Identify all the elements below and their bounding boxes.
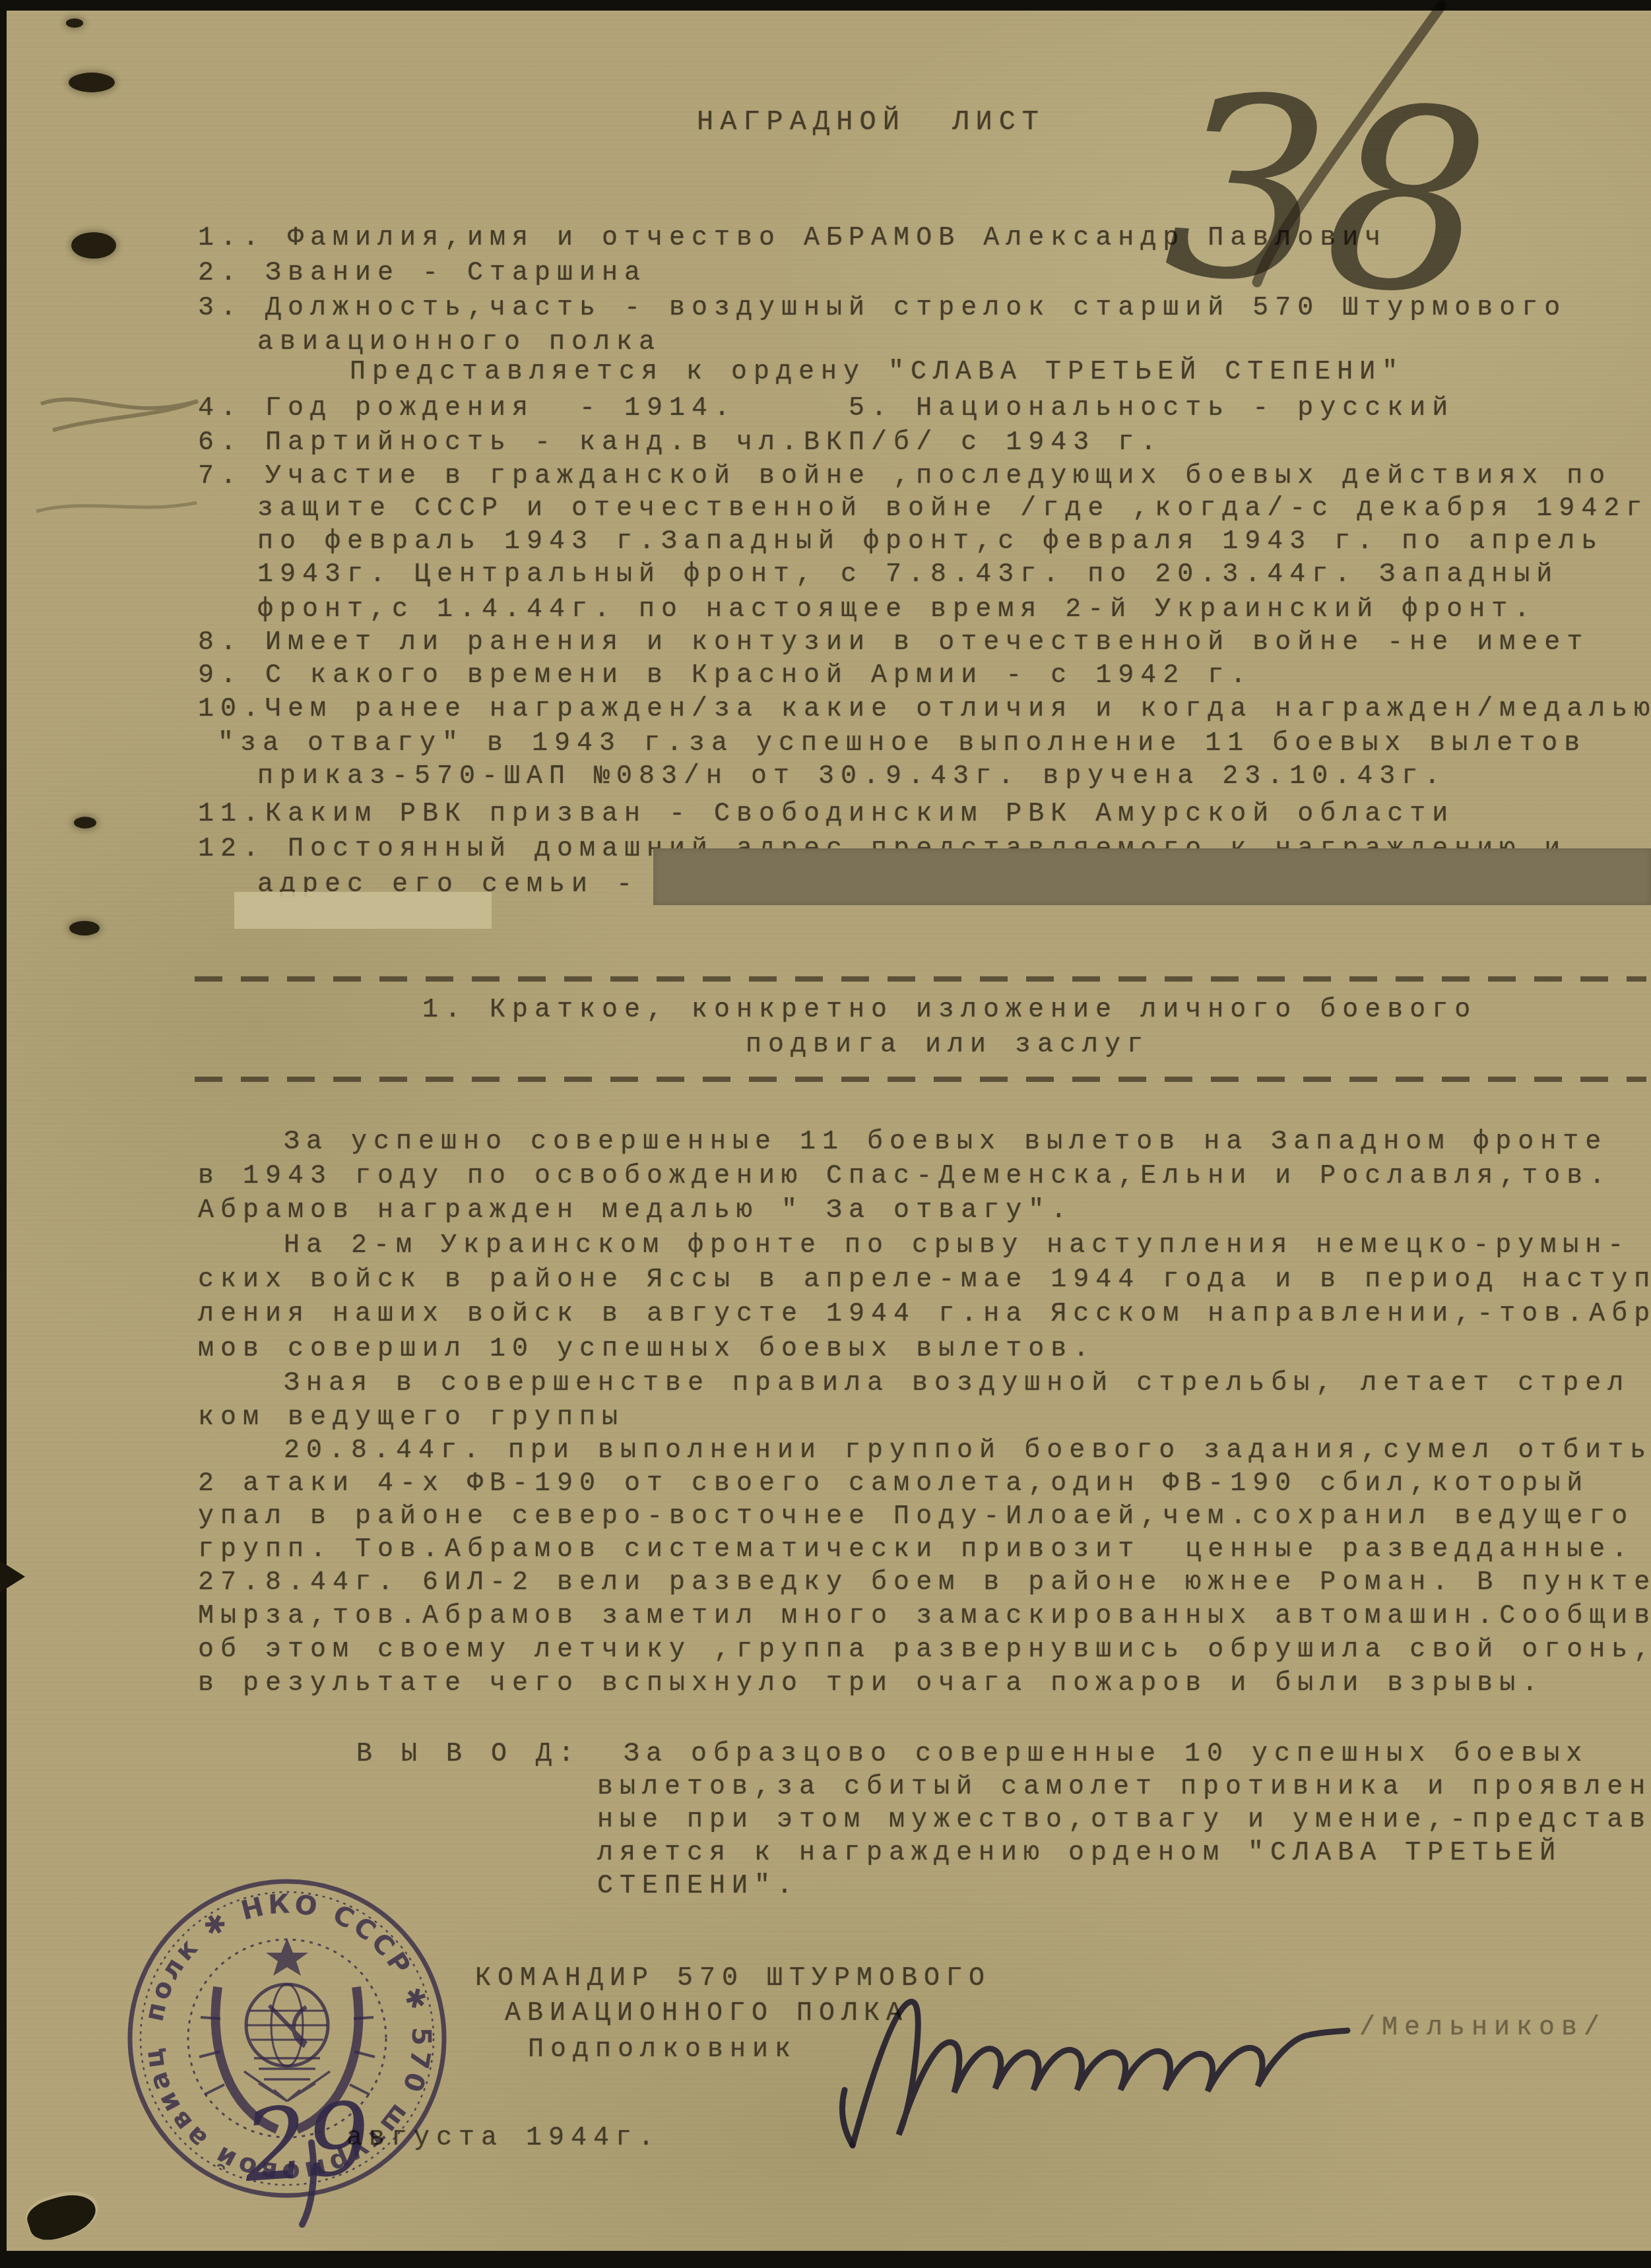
citation-text: мов совершил 10 успешных боевых вылетов. <box>198 1337 1095 1363</box>
document-title: НАГРАДНОЙ ЛИСТ <box>697 108 1045 136</box>
citation-text: ления наших войск в августе 1944 г.на Яс… <box>198 1302 1651 1328</box>
field-war-service: фронт,с 1.4.44г. по настоящее время 2-й … <box>257 597 1536 623</box>
field-prior-awards: 10.Чем ранее награжден/за какие отличия … <box>198 697 1651 723</box>
field-army-since: 9. С какого времени в Красной Армии - с … <box>198 663 1252 689</box>
citation-text: На 2-м Украинском фронте по срыву наступ… <box>284 1233 1630 1259</box>
signature-block: АВИАЦИОННОГО ПОЛКА <box>505 2001 909 2027</box>
punch-hole <box>66 18 83 28</box>
citation-text: в 1943 году по освобождению Спас-Деменск… <box>198 1164 1611 1190</box>
punch-hole <box>74 817 96 829</box>
conclusion-text: вылетов,за сбитый самолет противника и п… <box>597 1775 1651 1801</box>
field-position: 3. Должность,часть - воздушный стрелок с… <box>198 296 1567 322</box>
dashed-separator-bottom <box>195 1077 1646 1082</box>
citation-text: ских войск в районе Яссы в апреле-мае 19… <box>198 1267 1651 1294</box>
conclusion-text: ляется к награждению орденом "СЛАВА ТРЕТ… <box>597 1841 1562 1867</box>
conclusion-label: В Ы В О Д: <box>356 1742 581 1768</box>
citation-text: ком ведущего группы <box>198 1405 624 1432</box>
citation-text: Зная в совершенстве правила воздушной ст… <box>284 1371 1630 1397</box>
signature-block: Подполковник <box>528 2037 797 2063</box>
conclusion-text: СТЕПЕНИ". <box>597 1874 799 1900</box>
signature-name-typed: /Мельников/ <box>1359 2015 1606 2042</box>
punch-hole <box>69 73 115 92</box>
field-drafted-by: 11.Каким РВК призван - Свободинским РВК … <box>198 802 1454 828</box>
field-position: авиационного полка <box>257 330 661 356</box>
scanned-document: НАГРАДНОЙ ЛИСТ1.. Фамилия,имя и отчество… <box>0 0 1651 2268</box>
dashed-separator-top <box>195 976 1646 982</box>
field-wounds: 8. Имеет ли ранения и контузии в отечест… <box>198 630 1589 656</box>
field-name: 1.. Фамилия,имя и отчество АБРАМОВ Алекс… <box>198 226 1387 252</box>
citation-text: 20.8.44г. при выполнении группой боевого… <box>284 1438 1651 1465</box>
citation-text: 27.8.44г. 6ИЛ-2 вели разведку боем в рай… <box>198 1570 1651 1596</box>
field-prior-awards: приказ-570-ШАП №083/н от 30.9.43г. вруче… <box>257 764 1446 790</box>
citation-text: групп. Тов.Абрамов систематически привоз… <box>198 1537 1634 1563</box>
date-typed: августа 1944г. <box>346 2126 661 2152</box>
signature-block: КОМАНДИР 570 ШТУРМОВОГО <box>475 1966 991 1992</box>
field-birth-nationality: 4. Год рождения - 1914. 5. Национальност… <box>198 396 1454 422</box>
field-war-service: по февраль 1943 г.Западный фронт,с февра… <box>257 529 1603 555</box>
citation-text: Мырза,тов.Абрамов заметил много замаскир… <box>198 1604 1651 1630</box>
conclusion-text: За образцово совершенные 10 успешных бое… <box>624 1742 1588 1768</box>
citation-text: 2 атаки 4-х ФВ-190 от своего самолета,од… <box>198 1471 1589 1497</box>
section-heading: 1. Краткое, конкретно изложение личного … <box>422 997 1477 1024</box>
field-rank: 2. Звание - Старшина <box>198 261 647 287</box>
citation-text: упал в районе северо-восточнее Поду-Илоа… <box>198 1504 1634 1530</box>
paper-patch <box>234 892 492 929</box>
field-award: Представляется к ордену "СЛАВА ТРЕТЬЕЙ С… <box>350 360 1404 386</box>
field-war-service: 1943г. Центральный фронт, с 7.8.43г. по … <box>257 562 1559 588</box>
citation-text: За успешно совершенные 11 боевых вылетов… <box>284 1129 1607 1156</box>
conclusion-text: ные при этом мужество,отвагу и умение,-п… <box>597 1808 1651 1834</box>
citation-text: Абрамов награжден медалью " За отвагу". <box>198 1198 1073 1224</box>
citation-text: в результате чего вспыхнуло три очага по… <box>198 1671 1544 1697</box>
punch-hole <box>71 232 116 259</box>
section-heading: подвига или заслуг <box>746 1032 1149 1059</box>
field-war-service: 7. Участие в гражданской войне ,последую… <box>198 464 1611 490</box>
citation-text: об этом своему летчику ,группа развернув… <box>198 1637 1651 1664</box>
punch-hole <box>69 921 100 935</box>
redaction-bar <box>653 848 1651 905</box>
field-prior-awards: "за отвагу" в 1943 г.за успешное выполне… <box>218 731 1586 757</box>
field-war-service: защите СССР и отечественной войне /где ,… <box>257 496 1648 522</box>
field-party: 6. Партийность - канд.в чл.ВКП/б/ с 1943… <box>198 430 1163 457</box>
